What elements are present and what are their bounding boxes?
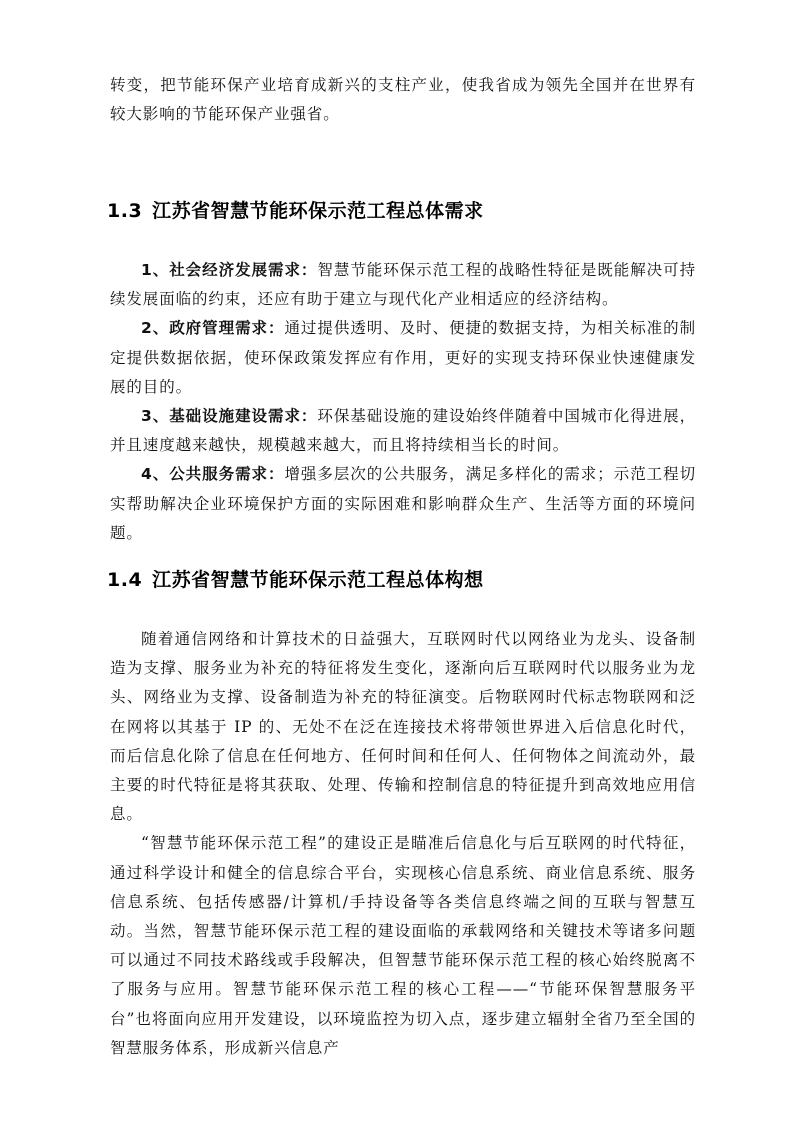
concept-body: 随着通信网络和计算技术的日益强大，互联网时代以网络业为龙头、设备制造为支撑、服务… bbox=[110, 625, 696, 1063]
section-number: 1.4 bbox=[107, 569, 142, 591]
section-heading-1-4: 1.4江苏省智慧节能环保示范工程总体构想 bbox=[107, 565, 484, 592]
requirement-lead: 4、公共服务需求： bbox=[141, 465, 284, 483]
requirement-lead: 3、基础设施建设需求： bbox=[141, 407, 317, 425]
requirement-item: 4、公共服务需求：增强多层次的公共服务，满足多样化的需求；示范工程切实帮助解决企… bbox=[110, 460, 696, 548]
body-paragraph: “智慧节能环保示范工程”的建设正是瞄准后信息化与后互联网的时代特征，通过科学设计… bbox=[110, 829, 696, 1063]
section-title: 江苏省智慧节能环保示范工程总体构想 bbox=[152, 569, 484, 591]
body-paragraph: 随着通信网络和计算技术的日益强大，互联网时代以网络业为龙头、设备制造为支撑、服务… bbox=[110, 625, 696, 829]
requirement-item: 2、政府管理需求：通过提供透明、及时、便捷的数据支持，为相关标准的制定提供数据依… bbox=[110, 314, 696, 402]
requirement-item: 3、基础设施建设需求：环保基础设施的建设始终伴随着中国城市化得进展，并且速度越来… bbox=[110, 402, 696, 460]
section-number: 1.3 bbox=[107, 200, 142, 222]
section-title: 江苏省智慧节能环保示范工程总体需求 bbox=[152, 200, 484, 222]
intro-paragraph: 转变，把节能环保产业培育成新兴的支柱产业，使我省成为领先全国并在世界有较大影响的… bbox=[110, 71, 696, 129]
requirement-lead: 2、政府管理需求： bbox=[141, 319, 284, 337]
requirement-lead: 1、社会经济发展需求： bbox=[141, 261, 317, 279]
requirement-item: 1、社会经济发展需求：智慧节能环保示范工程的战略性特征是既能解决可持续发展面临的… bbox=[110, 256, 696, 314]
requirements-list: 1、社会经济发展需求：智慧节能环保示范工程的战略性特征是既能解决可持续发展面临的… bbox=[110, 256, 696, 548]
section-heading-1-3: 1.3江苏省智慧节能环保示范工程总体需求 bbox=[107, 196, 484, 223]
